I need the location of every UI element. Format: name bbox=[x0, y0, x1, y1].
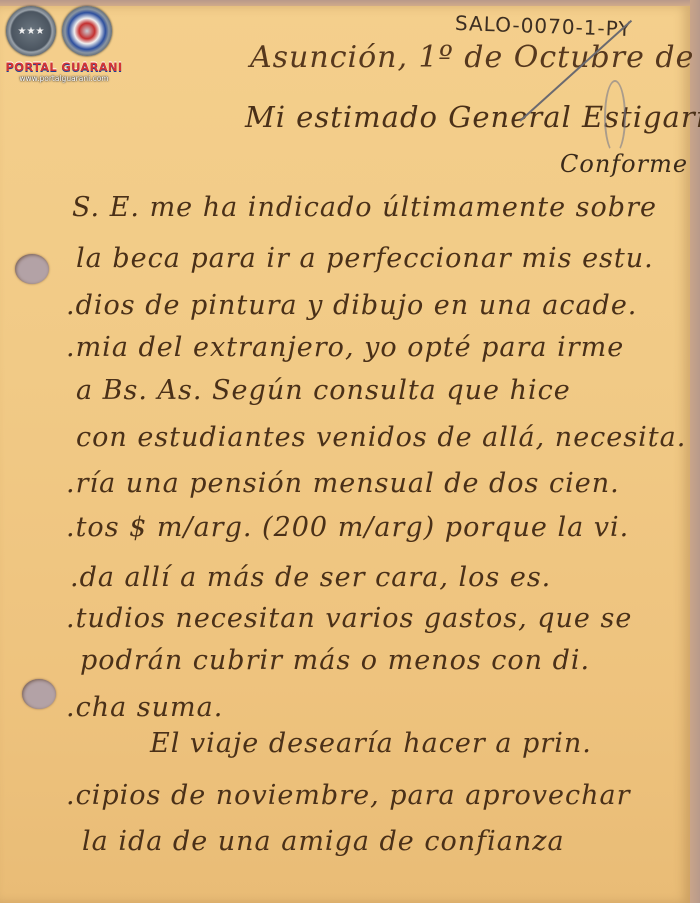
approval-annotation: Conforme bbox=[560, 150, 688, 178]
scan-right-edge bbox=[690, 0, 700, 903]
seal-stars: ★★★ bbox=[18, 26, 45, 37]
body-line: con estudiantes venidos de allá, necesit… bbox=[76, 422, 686, 453]
body-line: .dios de pintura y dibujo en una acade. bbox=[66, 290, 637, 321]
body-line: .cipios de noviembre, para aprovechar bbox=[66, 780, 631, 811]
watermark-url: www.portalguarani.com bbox=[4, 74, 124, 83]
body-line: la ida de una amiga de confianza bbox=[82, 826, 565, 857]
body-line: podrán cubrir más o menos con di. bbox=[80, 645, 590, 676]
body-line: .tos $ m/arg. (200 m/arg) porque la vi. bbox=[66, 512, 629, 543]
letter-date-line: Asunción, 1º de Octubre de 1935. bbox=[250, 40, 700, 75]
body-line: .da allí a más de ser cara, los es. bbox=[70, 562, 551, 593]
republic-seal-icon: ★★★ bbox=[6, 6, 56, 56]
pencil-mark bbox=[604, 80, 626, 154]
paraguay-flag-seal-icon bbox=[62, 6, 112, 56]
body-line: .cha suma. bbox=[66, 692, 223, 723]
body-line: S. E. me ha indicado últimamente sobre bbox=[72, 192, 657, 223]
body-line: la beca para ir a perfeccionar mis estu. bbox=[76, 243, 654, 274]
body-line: .ría una pensión mensual de dos cien. bbox=[66, 468, 620, 499]
letter-salutation: Mi estimado General Estigarribia: bbox=[245, 100, 700, 134]
punch-hole-top bbox=[15, 254, 49, 284]
body-line: .mia del extranjero, yo opté para irme bbox=[66, 332, 624, 363]
portal-guarani-watermark: ★★★ PORTAL GUARANI www.portalguarani.com bbox=[4, 4, 134, 84]
body-line: El viaje desearía hacer a prin. bbox=[150, 728, 592, 759]
body-line: .tudios necesitan varios gastos, que se bbox=[66, 603, 632, 634]
body-line: a Bs. As. Según consulta que hice bbox=[76, 375, 571, 406]
watermark-title: PORTAL GUARANI bbox=[4, 60, 124, 74]
punch-hole-bottom bbox=[22, 679, 56, 709]
letter-paper bbox=[0, 6, 690, 903]
